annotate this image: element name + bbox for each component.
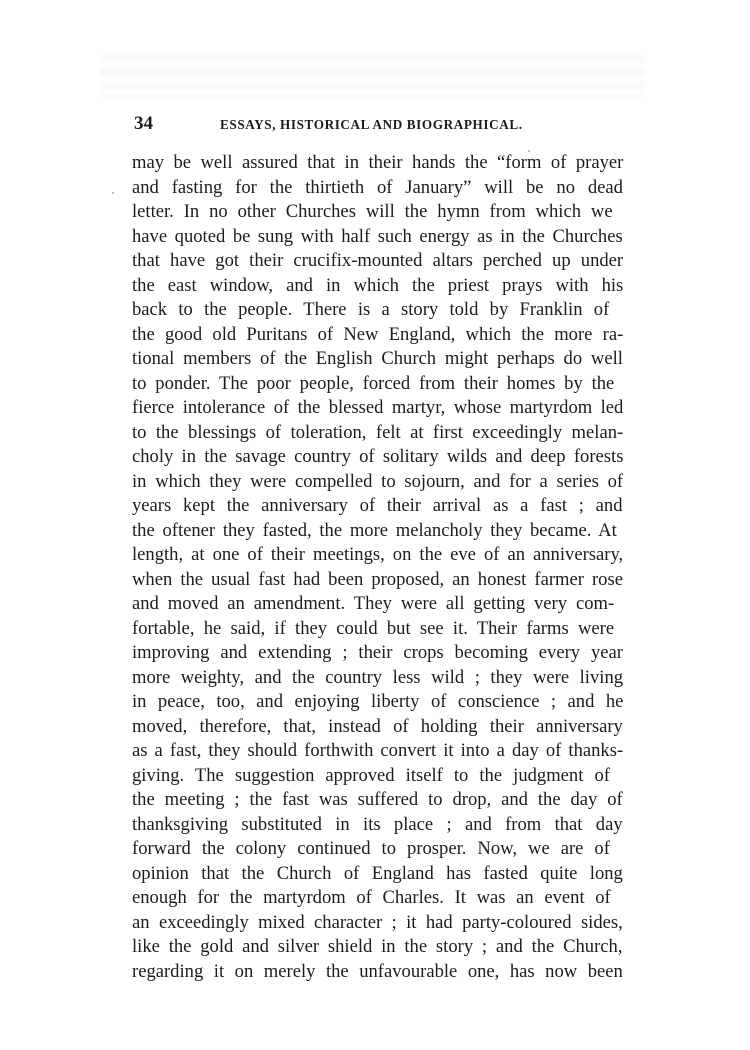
text-line: that have got their crucifix-mounted alt… (132, 249, 623, 274)
text-line: and moved an amendment. They were all ge… (132, 592, 623, 617)
text-line: giving. The suggestion approved itself t… (132, 764, 623, 789)
text-line: years kept the anniversary of their arri… (132, 494, 623, 519)
page-number: 34 (134, 112, 153, 136)
text-line: thanksgiving substituted in its place ; … (132, 813, 623, 838)
text-line: the east window, and in which the priest… (132, 274, 623, 299)
text-line: have quoted be sung with half such energ… (132, 225, 623, 250)
text-line: forward the colony continued to prosper.… (132, 837, 623, 862)
paper-speck (112, 192, 114, 194)
text-line: when the usual fast had been proposed, a… (132, 568, 623, 593)
running-head: 34 ESSAYS, HISTORICAL AND BIOGRAPHICAL. (134, 112, 624, 136)
show-through-text (100, 55, 645, 97)
text-line: to the blessings of toleration, felt at … (132, 421, 623, 446)
text-line: moved, therefore, that, instead of holdi… (132, 715, 623, 740)
text-line: choly in the savage country of solitary … (132, 445, 623, 470)
text-line: letter. In no other Churches will the hy… (132, 200, 623, 225)
text-line: the meeting ; the fast was suffered to d… (132, 788, 623, 813)
text-line: an exceedingly mixed character ; it had … (132, 911, 623, 936)
text-line: fierce intolerance of the blessed martyr… (132, 396, 623, 421)
text-line: to ponder. The poor people, forced from … (132, 372, 623, 397)
text-line: in peace, too, and enjoying liberty of c… (132, 690, 623, 715)
text-line: improving and extending ; their crops be… (132, 641, 623, 666)
text-line: more weighty, and the country less wild … (132, 666, 623, 691)
text-line: enough for the martyrdom of Charles. It … (132, 886, 623, 911)
text-line: as a fast, they should forthwith convert… (132, 739, 623, 764)
text-line: regarding it on merely the unfavourable … (132, 960, 623, 985)
text-line: may be well assured that in their hands … (132, 151, 623, 176)
text-line: the oftener they fasted, the more melanc… (132, 519, 623, 544)
text-line: the good old Puritans of New England, wh… (132, 323, 623, 348)
text-line: length, at one of their meetings, on the… (132, 543, 623, 568)
body-text: may be well assured that in their hands … (132, 151, 623, 984)
text-line: like the gold and silver shield in the s… (132, 935, 623, 960)
text-line: fortable, he said, if they could but see… (132, 617, 623, 642)
text-line: opinion that the Church of England has f… (132, 862, 623, 887)
text-line: tional members of the English Church mig… (132, 347, 623, 372)
running-title: ESSAYS, HISTORICAL AND BIOGRAPHICAL. (220, 115, 523, 135)
text-line: in which they were compelled to sojourn,… (132, 470, 623, 495)
text-line: back to the people. There is a story tol… (132, 298, 623, 323)
text-line: and fasting for the thirtieth of January… (132, 176, 623, 201)
